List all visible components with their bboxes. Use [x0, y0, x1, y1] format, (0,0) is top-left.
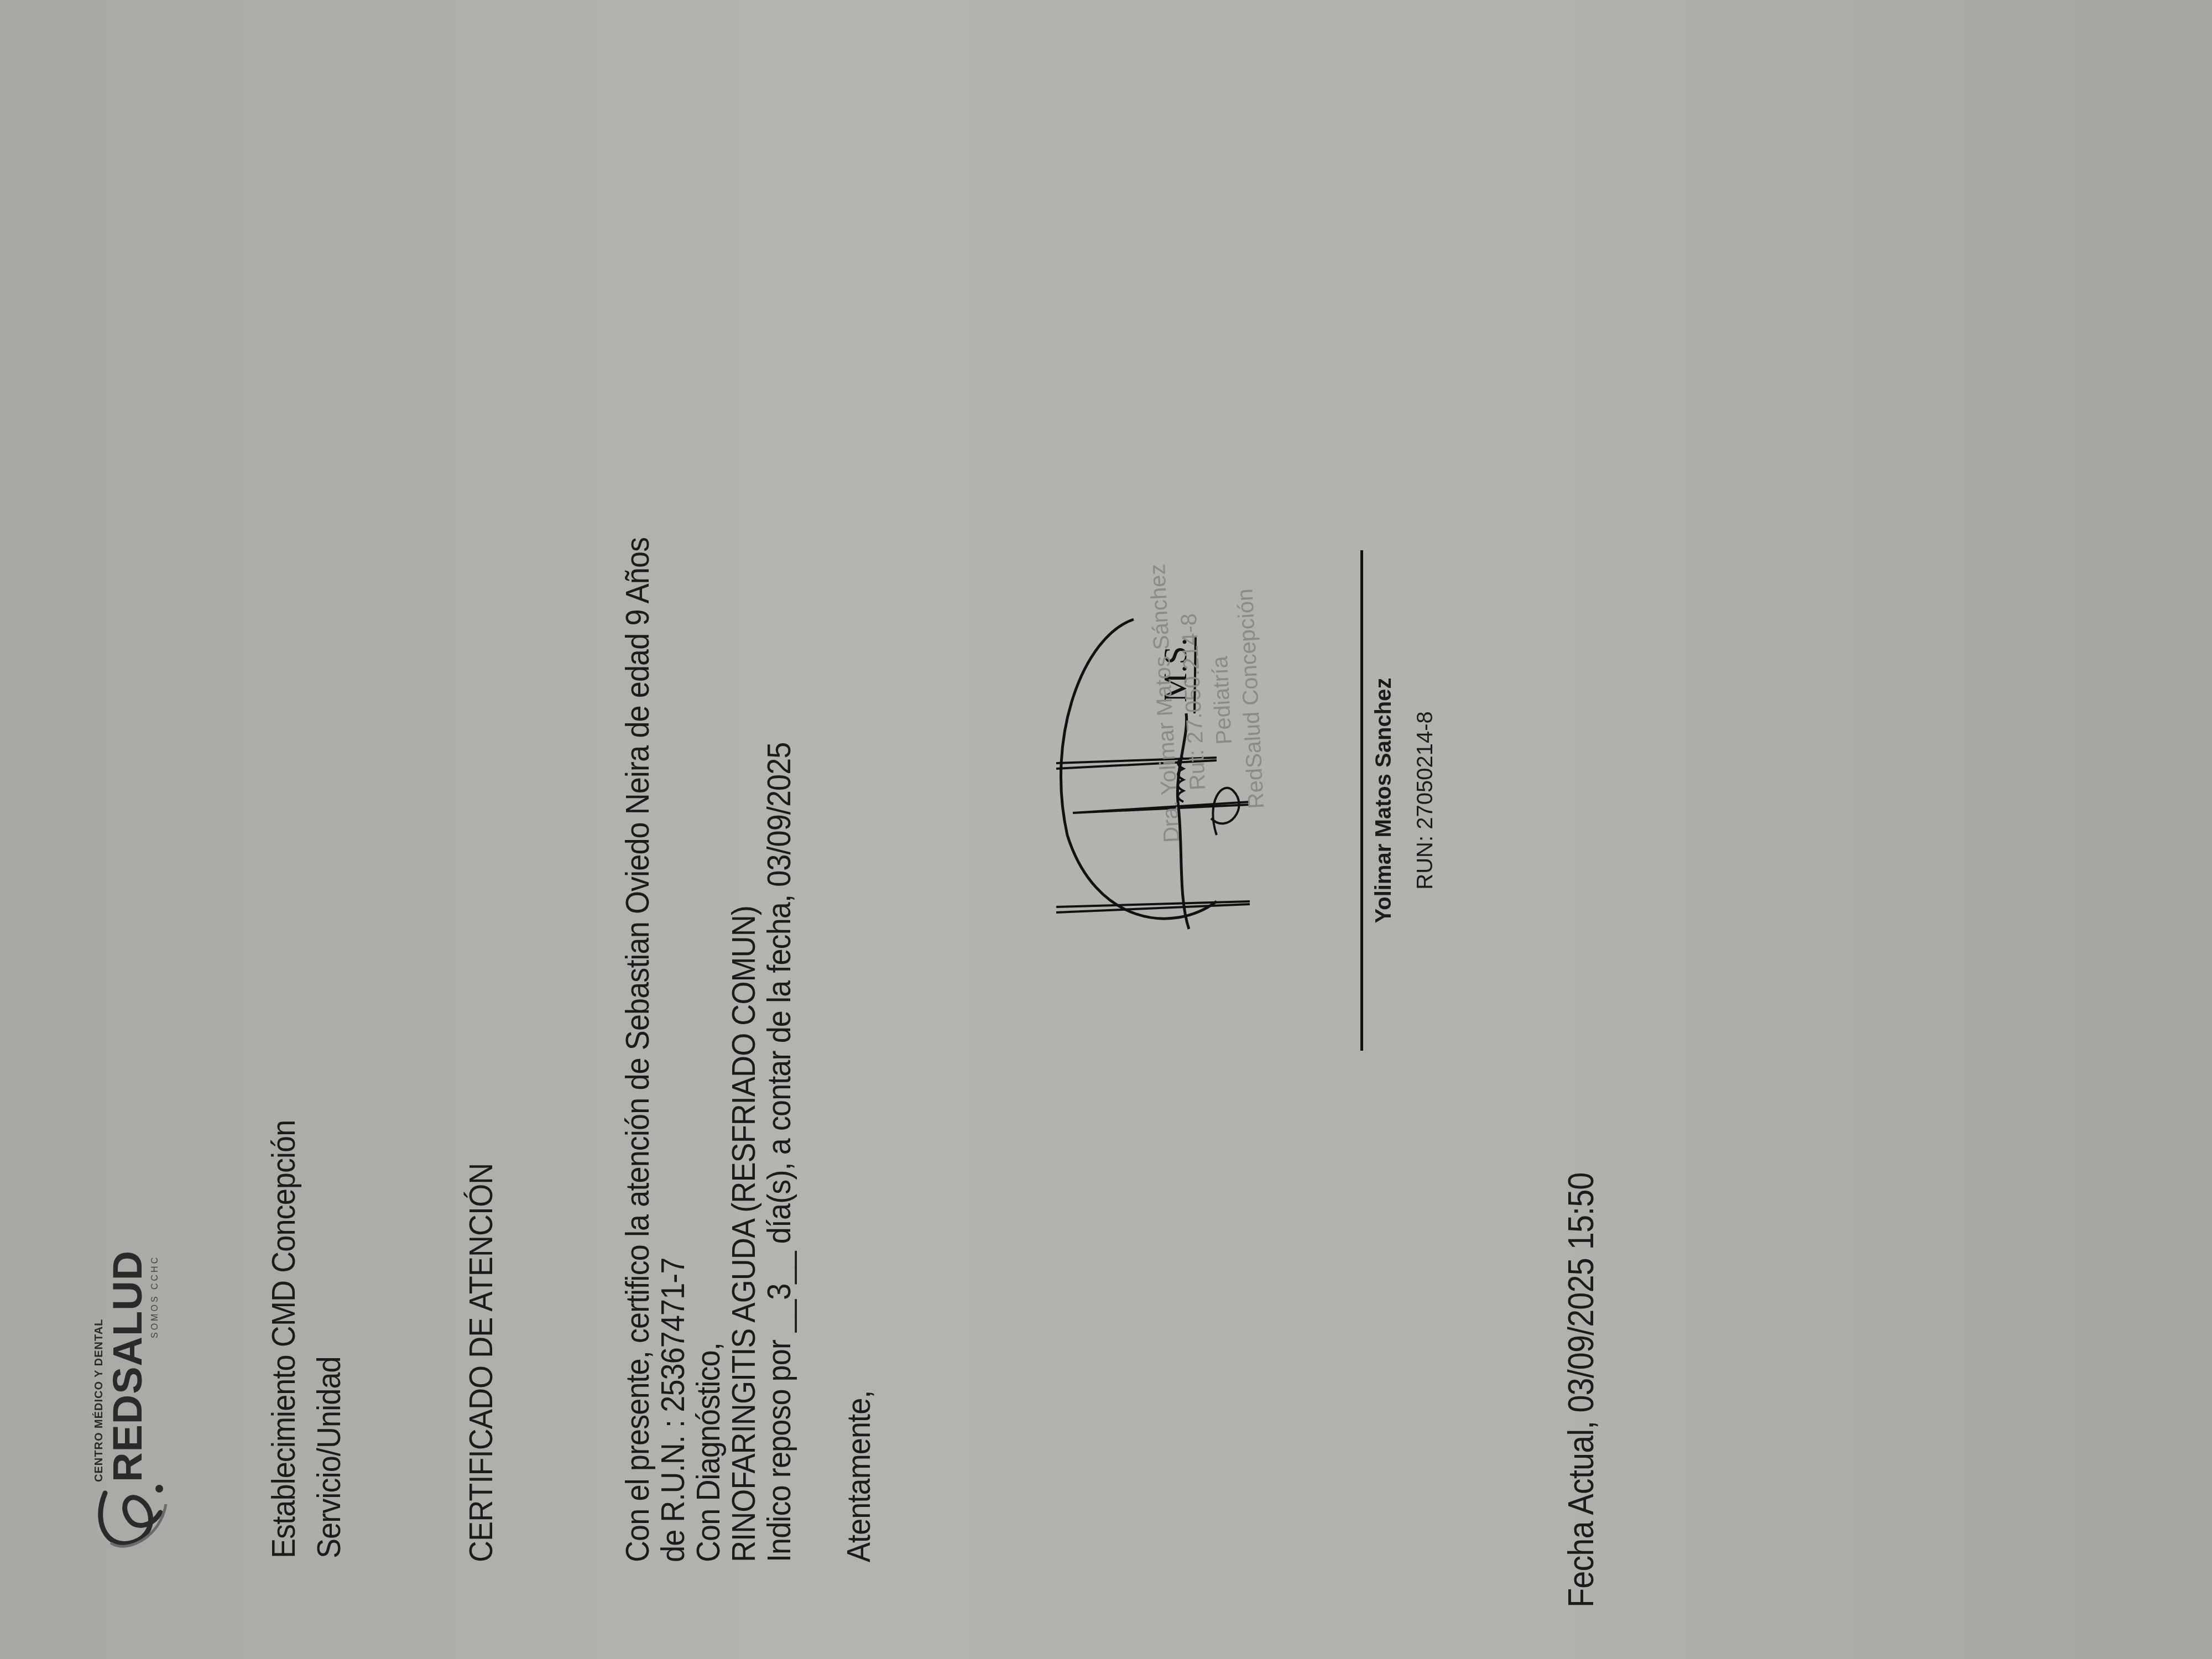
footer-date: Fecha Actual, 03/09/2025 15:50	[1561, 1173, 1601, 1608]
body-line-diagnosis: RINOFARINGITIS AGUDA (RESFRIADO COMUN)	[724, 906, 763, 1562]
signature-line	[1360, 550, 1363, 1051]
body-line-1: Con el presente, certifico la atención d…	[618, 538, 656, 1562]
logo-brand: REDSALUD	[104, 1250, 151, 1482]
redsalud-heart-icon	[88, 1477, 171, 1559]
doctor-run: RUN: 27050214-8	[1413, 550, 1438, 1051]
closing-text: Atentamente,	[839, 1391, 878, 1562]
doctor-name: Yolimar Matos Sanchez	[1371, 550, 1396, 1051]
establishment-line: Establecimiento CMD Concepción	[264, 1120, 302, 1558]
doctor-stamp: Dra. Yolimar Matos Sánchez Rut: 27.050.2…	[1143, 559, 1272, 843]
certificate-title: CERTIFICADO DE ATENCIÓN	[462, 1164, 500, 1562]
logo-tagline: SOMOS CCHC	[150, 1255, 160, 1338]
service-line: Servicio/Unidad	[310, 1357, 348, 1558]
certificate-page: CENTRO MÉDICO Y DENTAL REDSALUD SOMOS CC…	[0, 0, 2212, 1659]
body-line-rut: de R.U.N. : 25367471-7	[654, 1258, 692, 1562]
body-line-rest: Indico reposo por __3__ día(s), a contar…	[760, 743, 798, 1562]
body-line-diagnosis-label: Con Diagnóstico,	[689, 1343, 727, 1562]
redsalud-logo: CENTRO MÉDICO Y DENTAL REDSALUD SOMOS CC…	[88, 1250, 171, 1559]
